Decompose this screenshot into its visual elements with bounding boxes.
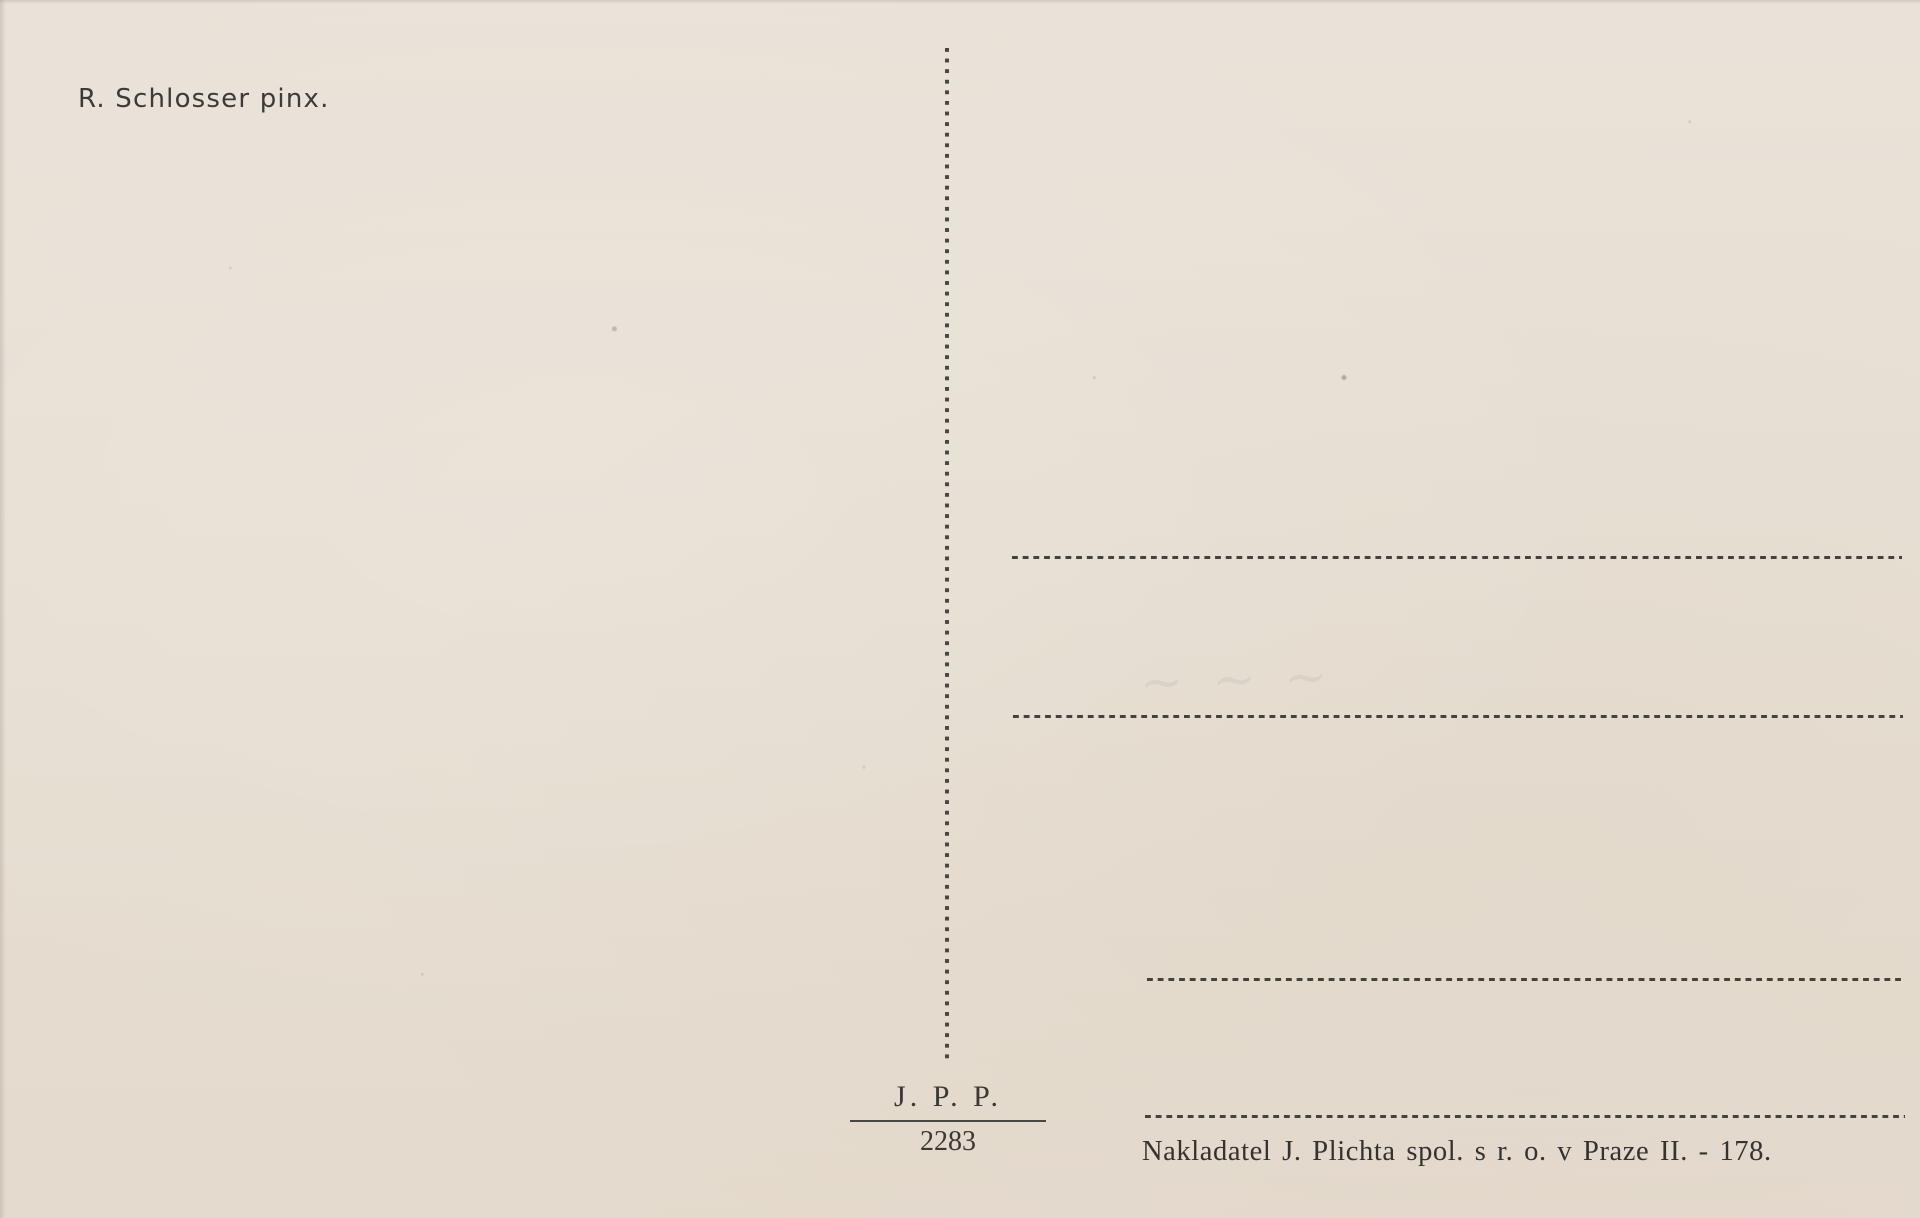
address-line-2 (1013, 715, 1903, 718)
address-line-1 (1012, 556, 1902, 559)
paper-edge-top (0, 0, 1920, 4)
publisher-initials: J. P. P. (850, 1080, 1046, 1122)
show-through-text: ~ ~ ~ (1139, 647, 1335, 714)
card-number: 2283 (850, 1122, 1046, 1159)
address-line-4 (1145, 1115, 1905, 1118)
publisher-imprint: Nakladatel J. Plichta spol. s r. o. v Pr… (1142, 1136, 1772, 1168)
paper-edge-left (0, 0, 6, 1218)
publisher-mark: J. P. P. 2283 (850, 1080, 1046, 1159)
postcard-back: ~ ~ ~ R. Schlosser pinx. J. P. P. 2283 N… (0, 0, 1920, 1218)
artist-credit: R. Schlosser pinx. (78, 84, 330, 114)
address-line-3 (1147, 978, 1905, 981)
message-address-divider (945, 48, 949, 1060)
